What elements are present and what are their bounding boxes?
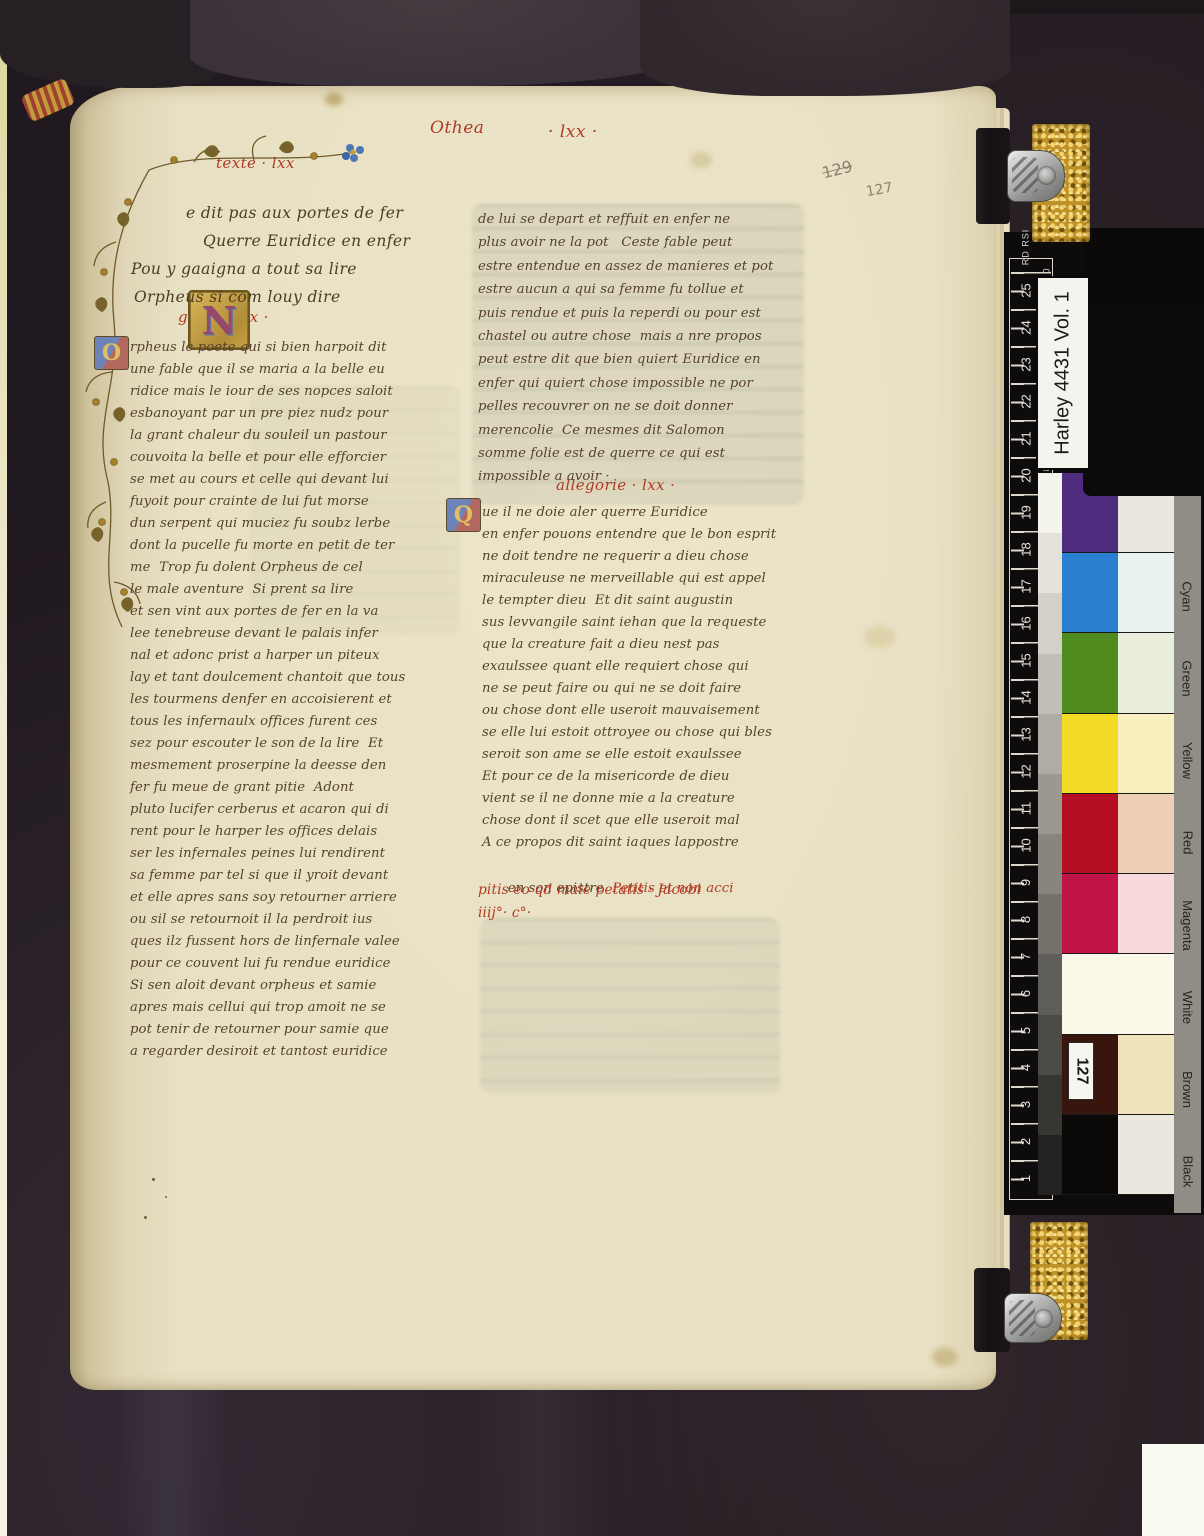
scan-edge-left	[0, 40, 7, 1536]
glose-text: rpheus le poete qui si bien harpoit dit …	[130, 337, 460, 1063]
color-patch-saturated	[1062, 1115, 1118, 1194]
parchment-stain	[690, 152, 712, 168]
color-patch-saturated	[1062, 633, 1118, 712]
cloth-drape	[0, 0, 220, 88]
volume-label: Harley 4431 Vol. 1	[1036, 276, 1090, 470]
ruler-number: 1	[1013, 1160, 1039, 1197]
ink-speck	[152, 1178, 155, 1181]
right-column-fable-text: de lui se depart et reffuit en enfer ne …	[478, 208, 814, 489]
grayscale-step	[1038, 894, 1062, 954]
verse-line-1: e dit pas aux portes de fer	[186, 204, 403, 222]
verse-line-3: Pou y gaaigna a tout sa lire	[131, 260, 357, 278]
allegorie-text: ue il ne doie aler querre Euridice en en…	[482, 502, 818, 854]
latin-citation: pitis eo qd male petatis · Jacobi iiij°·…	[478, 879, 701, 924]
color-patch-row	[1062, 633, 1174, 713]
ruler-number: 10	[1013, 827, 1039, 864]
color-patch-saturated	[1062, 553, 1118, 632]
ruler-number: 14	[1013, 679, 1039, 716]
page-clip-top	[1007, 150, 1065, 202]
rubric-texte: texte · lxx	[216, 154, 295, 172]
velvet-fold	[470, 1390, 610, 1536]
grayscale-step	[1038, 774, 1062, 834]
ruler-number: 2	[1013, 1123, 1039, 1160]
folio-card: 127	[1068, 1042, 1094, 1100]
ruler-number: 8	[1013, 901, 1039, 938]
grayscale-step	[1038, 533, 1062, 593]
grayscale-wedge	[1038, 473, 1062, 1195]
grayscale-step	[1038, 714, 1062, 774]
ruler-number: 3	[1013, 1086, 1039, 1123]
grayscale-step	[1038, 1075, 1062, 1135]
color-patch-tint	[1118, 714, 1174, 793]
patch-name-label: Cyan	[1174, 555, 1201, 637]
digitized-manuscript-photo: Othea · lxx · 129 127 texte · lxx glose …	[0, 0, 1204, 1536]
color-patch-row	[1062, 1115, 1174, 1195]
verse-line-2: Querre Euridice en enfer	[203, 232, 410, 250]
velvet-fold	[118, 1390, 228, 1536]
allegorie-initial-q: Q	[446, 498, 481, 532]
ruler-number: 11	[1013, 790, 1039, 827]
cloth-drape	[640, 0, 1010, 96]
patch-name-label: Brown	[1174, 1049, 1201, 1131]
pencil-foliation-crossed: 129	[820, 157, 854, 183]
running-title: Othea	[430, 118, 484, 138]
grayscale-step	[1038, 1135, 1062, 1195]
ruler-number: 18	[1013, 531, 1039, 568]
grayscale-step	[1038, 954, 1062, 1014]
parchment-stain	[325, 92, 343, 106]
ruler-number: 19	[1013, 494, 1039, 531]
patch-name-label: Green	[1174, 637, 1201, 719]
ruler-inner-mark-0: 0	[1042, 268, 1052, 273]
grayscale-step	[1038, 834, 1062, 894]
grayscale-step	[1038, 654, 1062, 714]
cloth-drape	[190, 0, 670, 86]
ruler-number: 4	[1013, 1049, 1039, 1086]
ruler-number: 9	[1013, 864, 1039, 901]
grayscale-step	[1038, 593, 1062, 653]
page-clip-bottom	[1004, 1293, 1062, 1343]
scan-edge-corner	[1142, 1444, 1204, 1536]
ruler-number: 13	[1013, 716, 1039, 753]
ink-speck	[144, 1216, 147, 1219]
black-flap	[1083, 228, 1204, 496]
ruler-number: 15	[1013, 642, 1039, 679]
color-patch-tint	[1118, 553, 1174, 632]
parchment-stain	[865, 626, 895, 648]
color-patch-tint	[1118, 1035, 1174, 1114]
ruler-number: 12	[1013, 753, 1039, 790]
color-patch-row	[1062, 954, 1174, 1034]
patch-name-labels: CyanGreenYellowRedMagentaWhiteBrownBlack	[1174, 473, 1201, 1213]
manuscript-page: Othea · lxx · 129 127 texte · lxx glose …	[70, 86, 996, 1390]
color-patch-tint	[1118, 633, 1174, 712]
glose-initial-o: O	[94, 336, 129, 370]
ink-speck	[165, 1196, 167, 1198]
color-patch-tint	[1118, 954, 1174, 1033]
retaining-strap-top	[976, 128, 1010, 224]
pencil-foliation-current: 127	[865, 180, 894, 200]
verso-bleedthrough	[480, 918, 780, 1093]
ruler-number: 17	[1013, 568, 1039, 605]
color-calibration-bar: RD RSI 252423222120191817161514131211109…	[1004, 232, 1204, 1215]
color-patch-tint	[1118, 794, 1174, 873]
color-patch-row	[1062, 874, 1174, 954]
patch-name-label: White	[1174, 966, 1201, 1048]
patch-name-label: Red	[1174, 802, 1201, 884]
ruler-number: 16	[1013, 605, 1039, 642]
blue-flower-icon	[342, 144, 364, 162]
color-patch-saturated	[1062, 794, 1118, 873]
color-patch-saturated	[1062, 874, 1118, 953]
color-patch-tint	[1118, 874, 1174, 953]
color-patch-row	[1062, 794, 1174, 874]
ruler-number: 6	[1013, 975, 1039, 1012]
color-patch-saturated	[1062, 714, 1118, 793]
running-chapter-number: · lxx ·	[548, 122, 598, 142]
ruler-number: 7	[1013, 938, 1039, 975]
grayscale-step	[1038, 473, 1062, 533]
patch-name-label: Yellow	[1174, 720, 1201, 802]
verse-line-4: Orpheus si com louy dire	[134, 288, 341, 306]
grayscale-step	[1038, 1015, 1062, 1075]
color-patch-saturated	[1062, 954, 1118, 1033]
color-patch-row	[1062, 714, 1174, 794]
patch-name-label: Black	[1174, 1131, 1201, 1213]
parchment-stain	[932, 1348, 958, 1366]
ruler-number: 5	[1013, 1012, 1039, 1049]
color-patch-row	[1062, 553, 1174, 633]
color-patch-tint	[1118, 1115, 1174, 1194]
patch-name-label: Magenta	[1174, 884, 1201, 966]
